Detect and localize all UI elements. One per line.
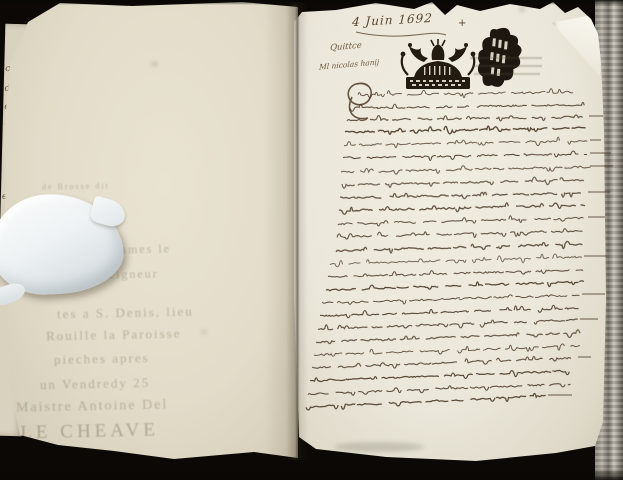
armorial-tax-stamp — [394, 39, 482, 91]
ink-speck — [328, 452, 332, 455]
right-page: 4 Juin 1692 + QuittceMl nicolas hanij — [294, 0, 608, 466]
gutter-shadow — [286, 2, 308, 460]
margin-note: Quittce — [330, 41, 362, 54]
showthrough-line: Rouille la Paroisse — [46, 326, 182, 345]
showthrough-line: de Brosse dit — [42, 181, 110, 191]
showthrough-line: pieches apres — [54, 350, 150, 368]
cross-mark: + — [458, 18, 466, 29]
margin-note: Ml nicolas hanij — [319, 57, 380, 71]
date-heading: 4 Juin 1692 — [352, 11, 434, 29]
book-scan: cod.ellte.1fe de Brosse ditDames leSeign… — [0, 0, 623, 480]
showthrough-line: un Vendredy 25 — [40, 375, 150, 393]
top-vignette — [0, 0, 623, 5]
showthrough-line: tes a S. Denis, lieu — [57, 304, 194, 323]
paper-stain — [520, 8, 524, 11]
bottom-vignette — [0, 468, 623, 480]
showthrough-line: Maistre Antoine Del — [16, 397, 169, 416]
counter-stamp — [475, 24, 527, 98]
showthrough-line: ILE CHEAVE — [10, 419, 159, 444]
paper-stain — [202, 330, 206, 334]
paper-stain — [152, 62, 157, 66]
paper-smear — [334, 442, 424, 452]
